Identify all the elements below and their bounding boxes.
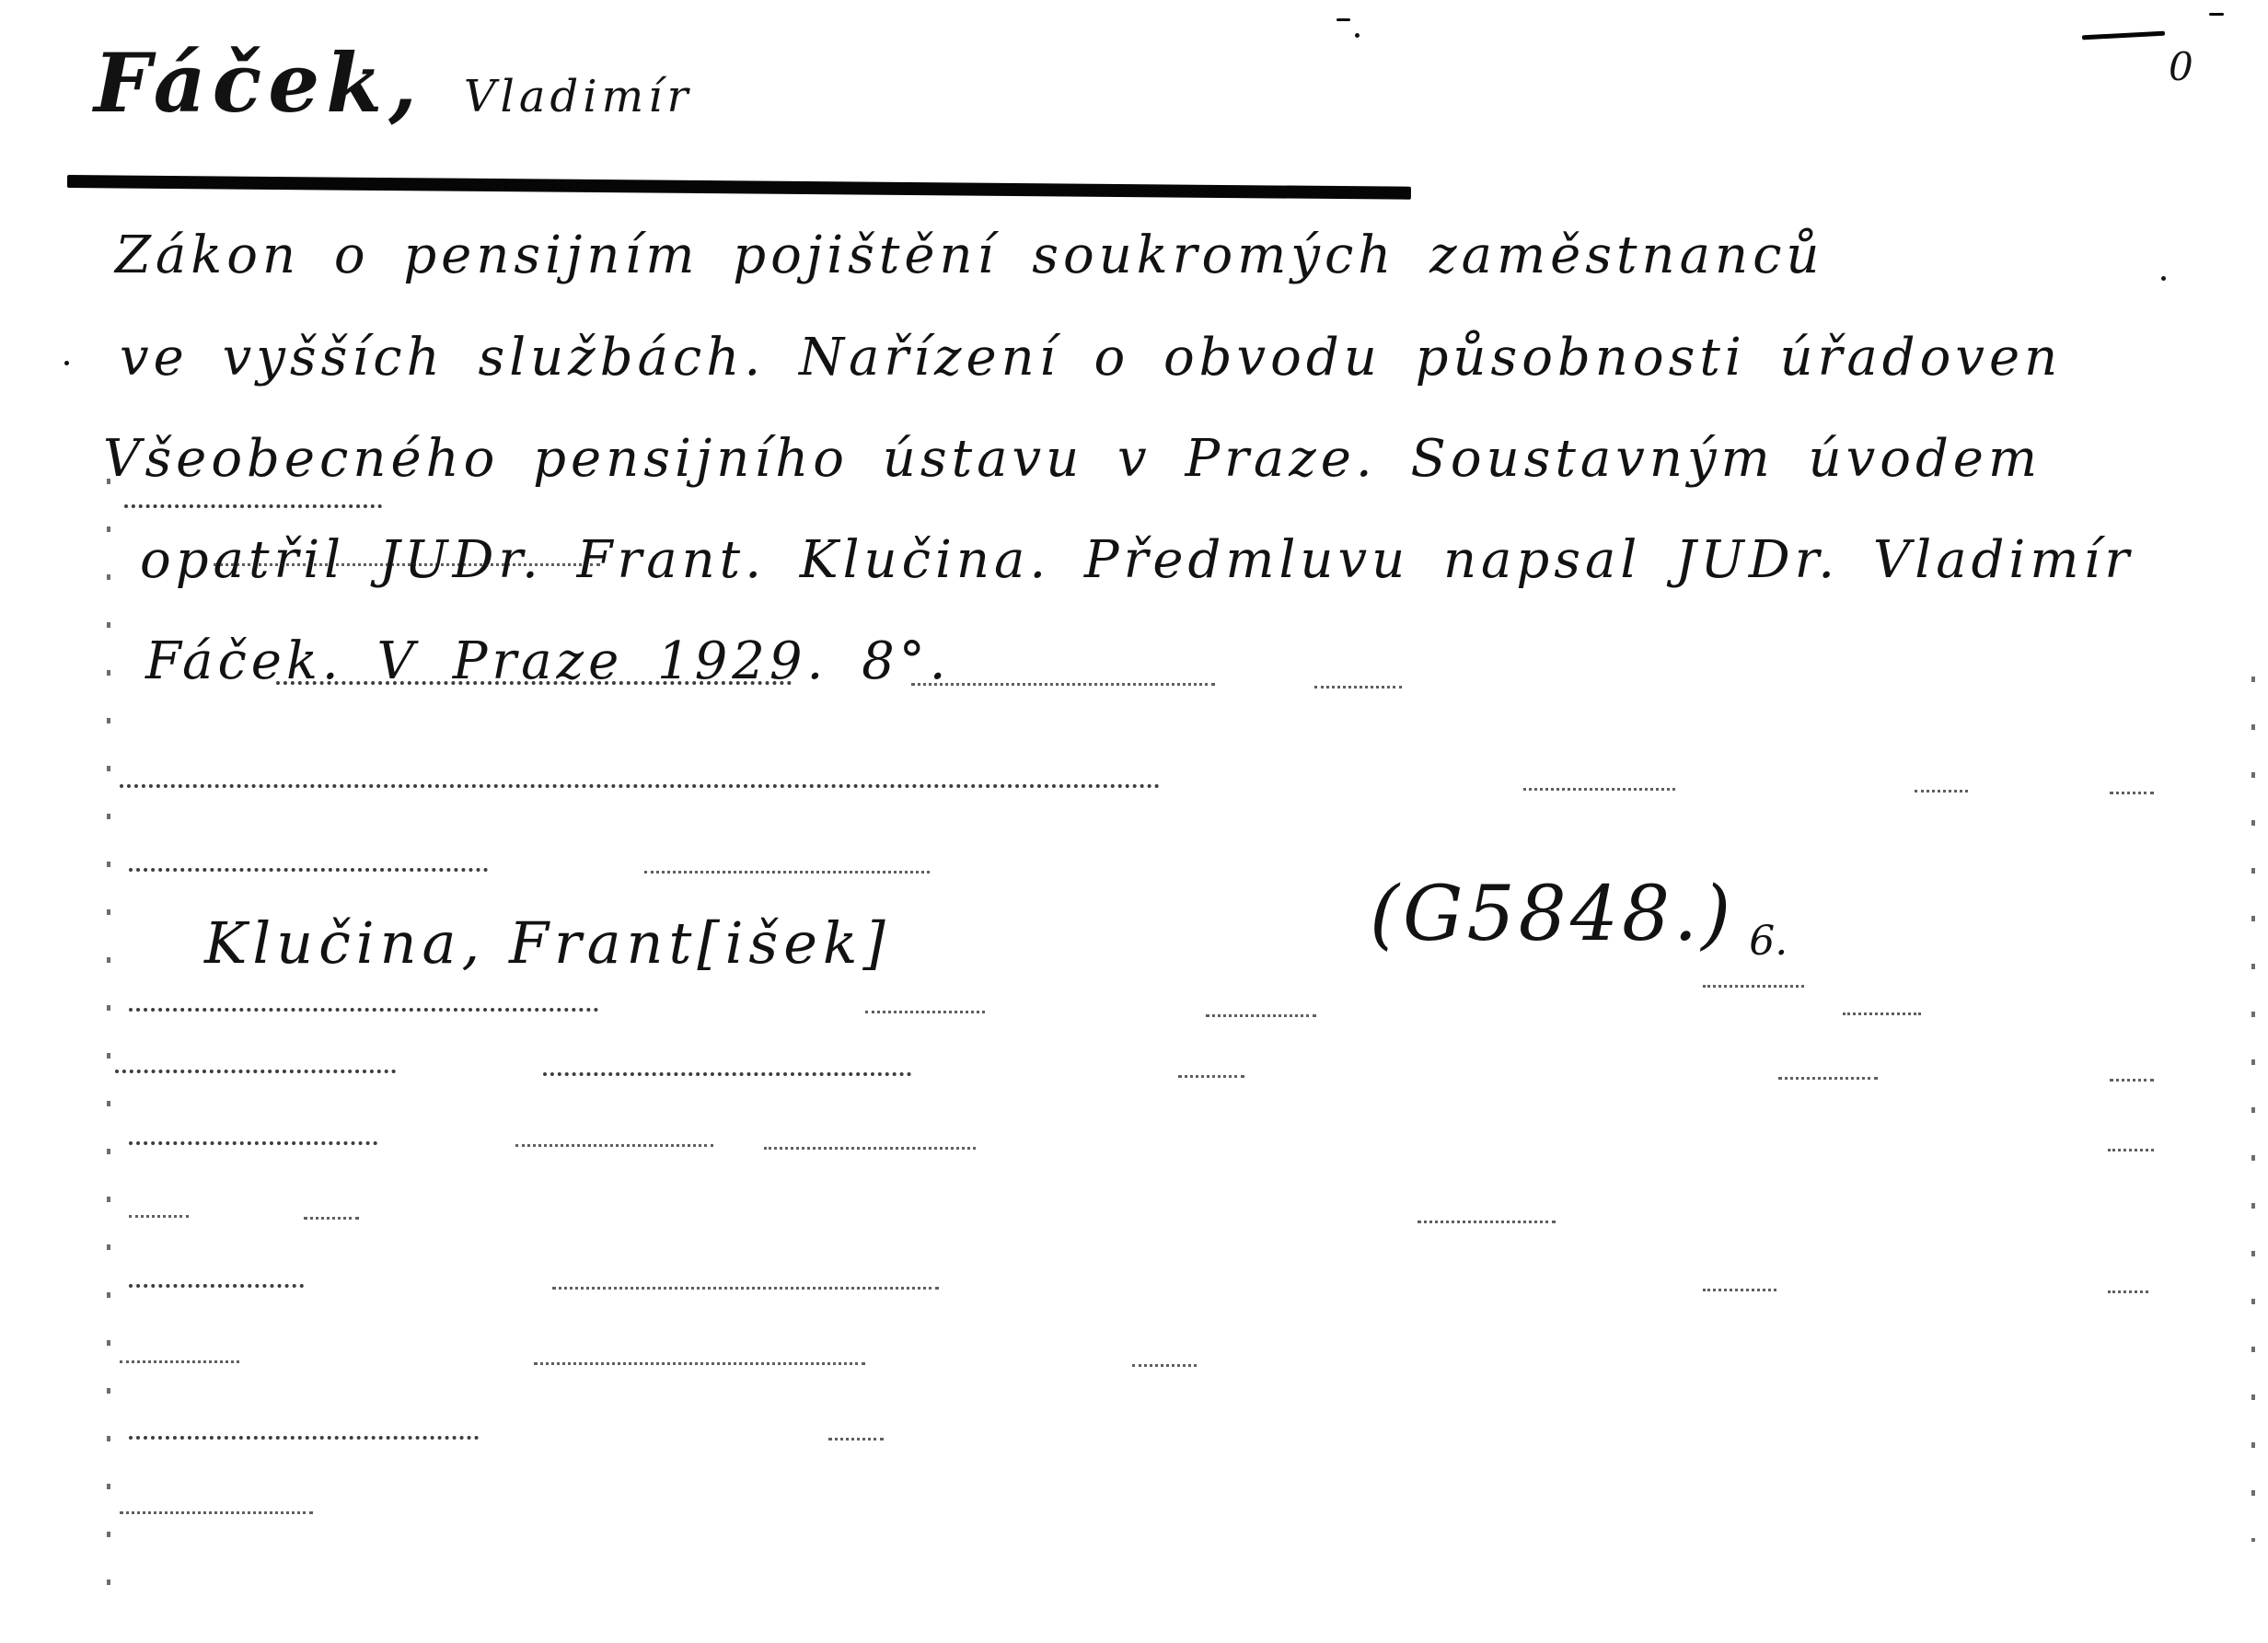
title-line-3: Všeobecného pensijního ústavu v Praze. S… [103, 429, 2042, 489]
dotted-guide-line [129, 1141, 377, 1145]
dotted-guide-line [1915, 790, 1968, 793]
dotted-guide-line [214, 563, 600, 566]
dotted-guide-line [1417, 1221, 1556, 1223]
dotted-guide-line [865, 1011, 985, 1013]
dotted-guide-line [1778, 1077, 1878, 1080]
ink-smudge [2082, 31, 2165, 40]
ink-smudge [1336, 18, 1350, 21]
dotted-guide-line [911, 683, 1215, 686]
dotted-guide-line [124, 504, 382, 508]
dotted-guide-line [129, 1008, 598, 1012]
dotted-guide-line [129, 1436, 479, 1440]
dotted-guide-line [543, 1072, 911, 1076]
dotted-guide-line [120, 784, 1160, 788]
dotted-guide-line [1843, 1012, 1921, 1015]
dotted-guide-line [129, 868, 488, 872]
dotted-guide-line [120, 1360, 239, 1363]
dotted-guide-line [2110, 1079, 2154, 1082]
title-line-4: opatřil JUDr. Frant. Klučina. Předmluvu … [140, 530, 2134, 590]
dotted-guide-line [1703, 985, 1804, 988]
dotted-guide-line [534, 1362, 865, 1365]
heading-author: Fáček, Vladimír [94, 35, 692, 131]
dotted-guide-line [515, 1144, 713, 1147]
dotted-guide-line [1178, 1075, 1244, 1078]
title-line-1: Zákon o pensijním pojištění soukromých z… [115, 226, 1824, 285]
dotted-guide-line [644, 871, 930, 874]
dotted-guide-line [2108, 1290, 2148, 1293]
dotted-guide-line [552, 1287, 939, 1290]
dotted-guide-line [129, 1284, 304, 1288]
ink-speck [2161, 276, 2166, 281]
dotted-guide-line [115, 1070, 396, 1073]
shelfmark-number: (G5848.) [1370, 871, 1734, 958]
dotted-guide-line [304, 1217, 359, 1220]
added-entry-name: Klučina, Frant[išek] [204, 909, 891, 977]
title-line-2: ve vyšších službách. Nařízení o obvodu p… [120, 328, 2062, 388]
heading-underline-rule [67, 175, 1411, 200]
right-margin-dotted-line [2251, 677, 2255, 1542]
dotted-guide-line [276, 681, 792, 685]
heading-surname: Fáček, [94, 35, 423, 131]
shelfmark: (G5848.) 6. [1370, 871, 1788, 958]
dotted-guide-line [129, 1215, 189, 1218]
heading-forename: Vladimír [464, 71, 693, 122]
dotted-guide-line [2108, 1149, 2154, 1151]
dotted-guide-line [2110, 792, 2154, 794]
dotted-guide-line [1523, 788, 1675, 791]
dotted-guide-line [1314, 686, 1402, 688]
dotted-guide-line [120, 1511, 313, 1514]
ink-speck [1355, 33, 1360, 38]
dotted-guide-line [1132, 1364, 1197, 1367]
corner-mark-zero: 0 [2169, 44, 2193, 89]
dotted-guide-line [828, 1438, 884, 1441]
shelfmark-suffix: 6. [1749, 918, 1788, 965]
dotted-guide-line [764, 1147, 976, 1150]
ink-smudge [2209, 13, 2224, 16]
ink-speck [64, 361, 69, 365]
dotted-guide-line [1206, 1014, 1316, 1017]
scanned-catalog-card-page: Fáček, Vladimír Zákon o pensijním pojišt… [0, 0, 2268, 1643]
dotted-guide-line [1703, 1289, 1776, 1291]
left-margin-dotted-line [107, 479, 110, 1620]
